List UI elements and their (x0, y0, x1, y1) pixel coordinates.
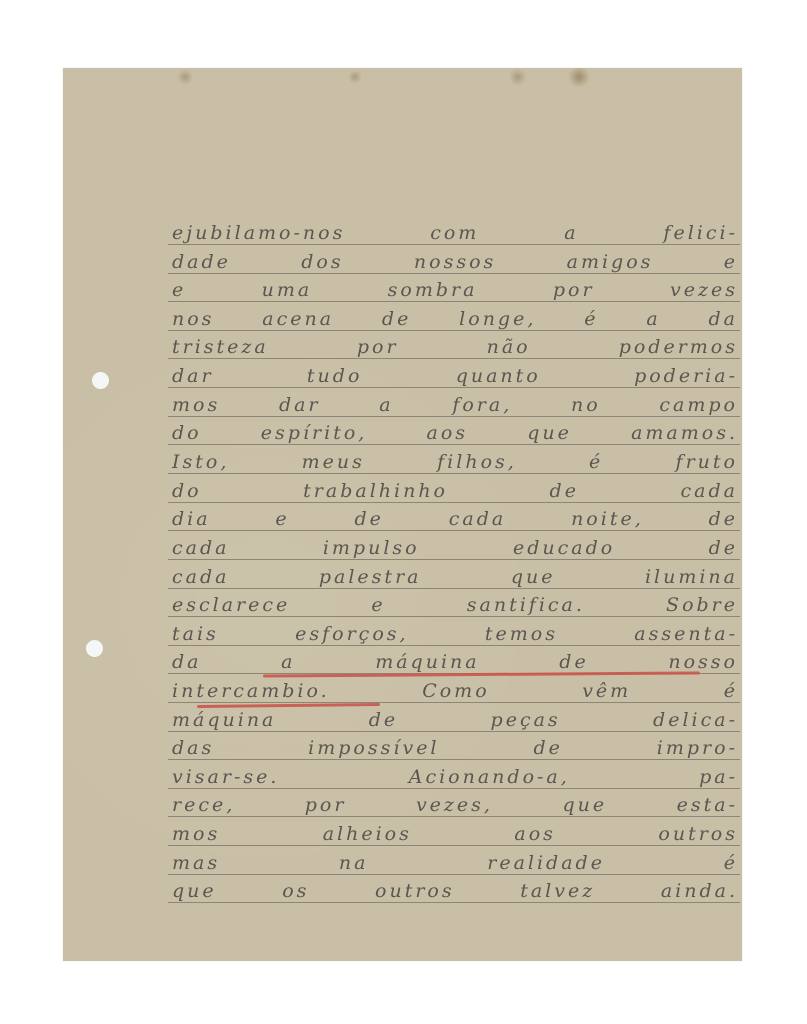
text-line: esclarece e santifica. Sobre (172, 592, 738, 618)
ruled-line (168, 444, 740, 445)
text-line: das impossível de impro- (172, 735, 738, 761)
ruled-line (168, 473, 740, 474)
text-line: do trabalhinho de cada (172, 478, 738, 504)
ruled-line (168, 559, 740, 560)
ruled-line (168, 244, 740, 245)
text-line: ejubilamo-nos com a felici- (172, 220, 738, 246)
text-line: e uma sombra por vezes (172, 277, 738, 303)
text-line: do espírito, aos que amamos. (172, 420, 738, 446)
ruled-line (168, 358, 740, 359)
ruled-line (168, 874, 740, 875)
ruled-line (168, 902, 740, 903)
ruled-line (168, 645, 740, 646)
ruled-line (168, 845, 740, 846)
text-line: máquina de peças delica- (172, 707, 738, 733)
text-line: rece, por vezes, que esta- (172, 792, 738, 818)
ruled-line (168, 502, 740, 503)
ruled-line (168, 530, 740, 531)
text-line: cada palestra que ilumina (172, 564, 738, 590)
text-line: nos acena de longe, é a da (172, 306, 738, 332)
text-line: que os outros talvez ainda. (172, 878, 738, 904)
ruled-line (168, 330, 740, 331)
ruled-line (168, 616, 740, 617)
ruled-line (168, 416, 740, 417)
ruled-line (168, 731, 740, 732)
ruled-line (168, 788, 740, 789)
text-line: tais esforços, temos assenta- (172, 621, 738, 647)
ruled-line (168, 387, 740, 388)
text-line: mos dar a fora, no campo (172, 392, 738, 418)
ruled-line (168, 588, 740, 589)
text-line: dade dos nossos amigos e (172, 249, 738, 275)
text-line: mos alheios aos outros (172, 821, 738, 847)
text-line: mas na realidade é (172, 850, 738, 876)
text-line: intercambio. Como vêm é (172, 678, 738, 704)
text-line: visar-se. Acionando-a, pa- (172, 764, 738, 790)
text-line: dia e de cada noite, de (172, 506, 738, 532)
ruled-line (168, 273, 740, 274)
text-line: Isto, meus filhos, é fruto (172, 449, 738, 475)
punch-hole-bottom (86, 640, 103, 657)
text-line: tristeza por não podermos (172, 334, 738, 360)
ruled-line (168, 759, 740, 760)
text-line: dar tudo quanto poderia- (172, 363, 738, 389)
ruled-line (168, 301, 740, 302)
ruled-line (168, 816, 740, 817)
punch-hole-top (92, 372, 109, 389)
text-line: cada impulso educado de (172, 535, 738, 561)
ruled-line (168, 702, 740, 703)
